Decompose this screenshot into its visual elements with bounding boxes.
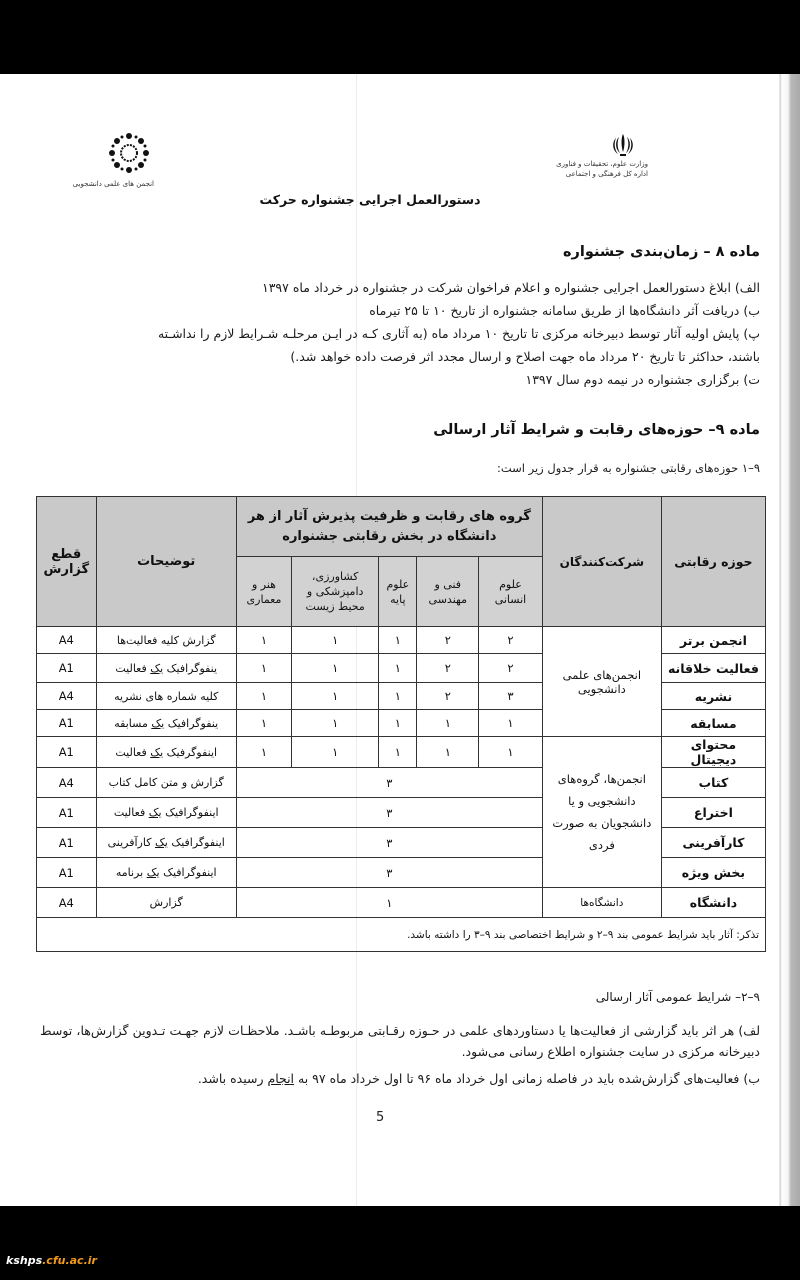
value-cell: ۲ [479,627,543,654]
description-cell: اینفوگرافیک یک برنامه [96,858,236,888]
value-cell: ۱ [417,710,479,737]
section-9-2-para-a: لف) هر اثر باید گزارشی از فعالیت‌ها یا د… [40,1020,760,1062]
description-cell: ینفوگرافیک یک مسابقه [96,710,236,737]
row-field: مسابقه [661,710,765,737]
table-row: انجمن برتر انجمن‌های علمی دانشجویی ۲ ۲ ۱… [37,627,766,654]
value-cell: ۱ [292,627,379,654]
value-cell: ۱ [379,737,417,768]
article8-item-a: الف) ابلاغ دستورالعمل اجرایی جشنواره و ا… [262,277,760,299]
site-watermark[interactable]: kshps.cfu.ac.ir [6,1254,97,1267]
value-cell: ۱ [379,683,417,710]
participants-cell: انجمن‌های علمی دانشجویی [542,627,661,737]
value-cell: ۲ [417,683,479,710]
description-cell: گزارش کلیه فعالیت‌ها [96,627,236,654]
value-cell: ۱ [379,627,417,654]
merged-value-cell: ۳ [236,858,542,888]
competition-table: حوزه رقابتی شرکت‌کنندگان گروه های رقابت … [36,496,766,952]
size-cell: A4 [37,768,97,798]
size-cell: A1 [37,828,97,858]
value-cell: ۳ [479,683,543,710]
size-cell: A1 [37,654,97,683]
document-page[interactable]: وزارت علوم، تحقیقات و فناوری اداره کل فر… [0,74,800,1206]
header-report-size: قطع گزارش [37,497,97,627]
table-row: دانشگاه دانشگاه‌ها ۱ گزارش A4 [37,888,766,918]
section-9-2-heading: ۹–۲– شرایط عمومی آثار ارسالی [596,986,760,1008]
value-cell: ۲ [479,654,543,683]
size-cell: A1 [37,737,97,768]
value-cell: ۱ [292,737,379,768]
association-logo: انجمن های علمی دانشجویی [104,132,154,188]
header-group-art: هنر و معماری [236,557,291,627]
description-cell: گزارش و متن کامل کتاب [96,768,236,798]
description-cell: اینفوگرافیک یک کارآفرینی [96,828,236,858]
row-field: فعالیت خلاقانه [661,654,765,683]
row-field: انجمن برتر [661,627,765,654]
article8-item-p-cont: باشند، حداکثر تا تاریخ ۲۰ مرداد ماه جهت … [290,346,760,368]
row-field: دانشگاه [661,888,765,918]
value-cell: ۱ [292,683,379,710]
value-cell: ۱ [292,710,379,737]
value-cell: ۱ [379,654,417,683]
description-cell: گزارش [96,888,236,918]
value-cell: ۱ [236,710,291,737]
participants-cell: دانشگاه‌ها [542,888,661,918]
page-stack-edge [776,74,800,1206]
association-caption: انجمن های علمی دانشجویی [104,180,154,188]
association-emblem-icon [108,132,150,174]
ministry-department: اداره کل فرهنگی و اجتماعی [598,170,648,178]
row-field: کارآفرینی [661,828,765,858]
description-cell: اینفوگرافیک یک فعالیت [96,798,236,828]
article8-item-p: پ) پایش اولیه آثار توسط دبیرخانه مرکزی ت… [158,323,760,345]
merged-value-cell: ۳ [236,768,542,798]
size-cell: A1 [37,798,97,828]
value-cell: ۱ [236,737,291,768]
row-field: محتوای دیجیتال [661,737,765,768]
value-cell: ۱ [379,710,417,737]
description-cell: اینفوگرفیک یک فعالیت [96,737,236,768]
value-cell: ۱ [417,737,479,768]
header-group-humanities: علوم انسانی [479,557,543,627]
header-groups-title: گروه های رقابت و ظرفیت پذیرش آثار از هر … [236,497,542,557]
table-note: تذکر: آثار باید شرایط عمومی بند ۹–۲ و شر… [37,918,766,952]
description-cell: ینفوگرافیک یک فعالیت [96,654,236,683]
size-cell: A1 [37,858,97,888]
value-cell: ۱ [479,737,543,768]
article8-heading: ماده ۸ – زمان‌بندی جشنواره [563,244,760,260]
value-cell: ۱ [236,683,291,710]
viewer-bottom-bar [0,1206,800,1280]
table-row: محتوای دیجیتال انجمن‌ها، گروه‌های دانشجو… [37,737,766,768]
participants-cell: انجمن‌ها، گروه‌های دانشجویی و یا دانشجوی… [542,737,661,888]
iran-emblem-icon [612,132,634,158]
row-field: نشریه [661,683,765,710]
article9-intro: ۹–۱ حوزه‌های رقابتی جشنواره به قرار جدول… [497,457,760,479]
merged-value-cell: ۱ [236,888,542,918]
viewer-top-bar [0,0,800,74]
header-participants: شرکت‌کنندگان [542,497,661,627]
merged-value-cell: ۳ [236,798,542,828]
article9-heading: ماده ۹– حوزه‌های رقابت و شرایط آثار ارسا… [433,422,760,438]
value-cell: ۱ [236,627,291,654]
section-9-2-para-b: ب) فعالیت‌های گزارش‌شده باید در فاصله زم… [198,1068,760,1090]
row-field: کتاب [661,768,765,798]
row-field: اختراع [661,798,765,828]
size-cell: A4 [37,888,97,918]
table-note-row: تذکر: آثار باید شرایط عمومی بند ۹–۲ و شر… [37,918,766,952]
header-group-engineering: فنی و مهندسی [417,557,479,627]
article8-item-b: ب) دریافت آثر دانشگاه‌ها از طریق سامانه … [369,300,760,322]
value-cell: ۱ [236,654,291,683]
header-group-basic-sciences: علوم پایه [379,557,417,627]
ministry-logo: وزارت علوم، تحقیقات و فناوری اداره کل فر… [598,132,648,178]
size-cell: A1 [37,710,97,737]
header-description: توضیحات [96,497,236,627]
page-number: 5 [376,1110,384,1125]
value-cell: ۱ [292,654,379,683]
ministry-name: وزارت علوم، تحقیقات و فناوری [598,160,648,168]
document-title: دستورالعمل اجرایی جشنواره حرکت [220,192,520,207]
article8-item-t: ت) برگزاری جشنواره در نیمه دوم سال ۱۳۹۷ [526,369,761,391]
value-cell: ۲ [417,627,479,654]
value-cell: ۲ [417,654,479,683]
size-cell: A4 [37,683,97,710]
value-cell: ۱ [479,710,543,737]
description-cell: کلیه شماره های نشریه [96,683,236,710]
size-cell: A4 [37,627,97,654]
header-group-agriculture: کشاورزی، دامپزشکی و محیط زیست [292,557,379,627]
row-field: بخش ویژه [661,858,765,888]
merged-value-cell: ۳ [236,828,542,858]
header-field: حوزه رقابتی [661,497,765,627]
